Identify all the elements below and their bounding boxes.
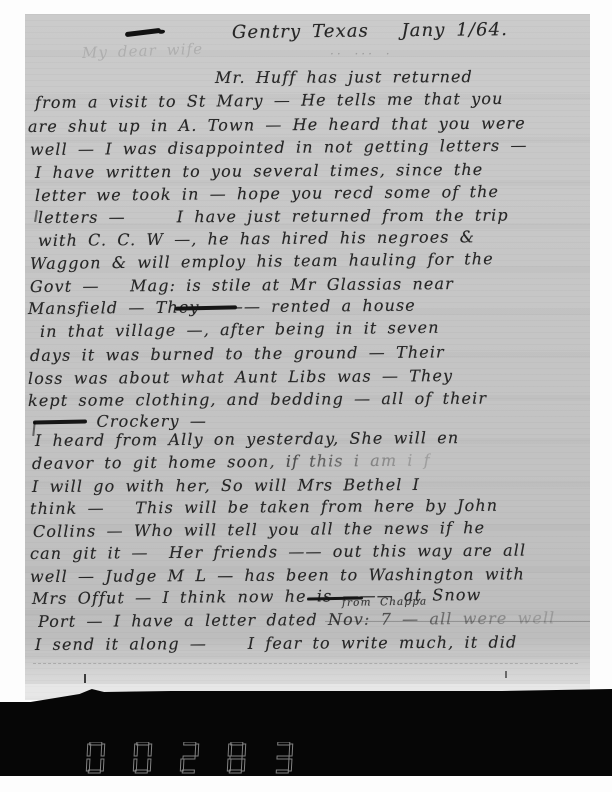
letter-line: think — This will be taken from here by …	[30, 496, 498, 518]
letter-line: kept some clothing, and bedding — all of…	[28, 389, 487, 410]
letter-line: days it was burned to the ground — Their	[30, 342, 445, 365]
letter-line: letter we took in — hope you recd some o…	[35, 182, 499, 205]
faint-ink-dots: ·· ··· ·	[330, 47, 393, 61]
letter-salutation: My dear wife	[82, 40, 204, 62]
ink-tick-mark	[84, 674, 86, 683]
film-strip	[0, 688, 612, 776]
frame-counter-digit	[179, 742, 200, 774]
letter-line: deavor to git home soon, if this i am i …	[32, 451, 431, 473]
scan-artifact-underline	[325, 621, 590, 622]
letter-line: Collins — Who will tell you all the news…	[33, 518, 485, 541]
letter-line: I send it along — I fear to write much, …	[35, 632, 517, 654]
scan-artifact-dashed-line	[33, 663, 578, 664]
letter-page: Gentry Texas Jany 1/64. My dear wife ·· …	[25, 14, 590, 700]
scanned-letter-frame: Gentry Texas Jany 1/64. My dear wife ·· …	[0, 0, 612, 792]
letter-line: with C. C. W —, he has hired his negroes…	[38, 227, 475, 250]
letter-line: Waggon & will employ his team hauling fo…	[30, 249, 494, 273]
letter-line: well — I was disappointed in not getting…	[30, 136, 528, 159]
frame-counter-digit	[226, 742, 247, 774]
frame-counter-digit	[273, 742, 294, 774]
letter-line: can git it — Her friends —— out this way…	[30, 541, 526, 563]
letter-line: from a visit to St Mary — He tells me th…	[35, 89, 504, 112]
letter-line: I have written to you several times, sin…	[35, 160, 483, 182]
frame-counter-digit	[85, 742, 106, 774]
frame-counter	[86, 742, 293, 774]
letter-line: Mr. Huff has just returned	[215, 67, 473, 87]
letter-dateline: Gentry Texas Jany 1/64.	[232, 19, 508, 43]
letter-line: I heard from Ally on yesterday, She will…	[35, 428, 459, 450]
letter-line: loss was about what Aunt Libs was — They	[28, 366, 453, 388]
letter-line: letters — I have just returned from the …	[38, 206, 509, 227]
letter-line: are shut up in A. Town — He heard that y…	[28, 114, 526, 136]
frame-counter-digit	[132, 742, 153, 774]
letter-line: Govt — Mag: is stile at Mr Glassias near	[30, 274, 454, 296]
ink-mark-top-left	[125, 28, 161, 37]
ink-tick-mark	[505, 671, 507, 678]
letter-line: in that village —, after being in it sev…	[40, 318, 440, 341]
letter-line: I will go with her, So will Mrs Bethel I	[32, 475, 420, 496]
letter-line: Port — I have a letter dated Nov: 7 — al…	[38, 608, 555, 631]
letter-line: well — Judge M L — has been to Washingto…	[30, 564, 525, 586]
